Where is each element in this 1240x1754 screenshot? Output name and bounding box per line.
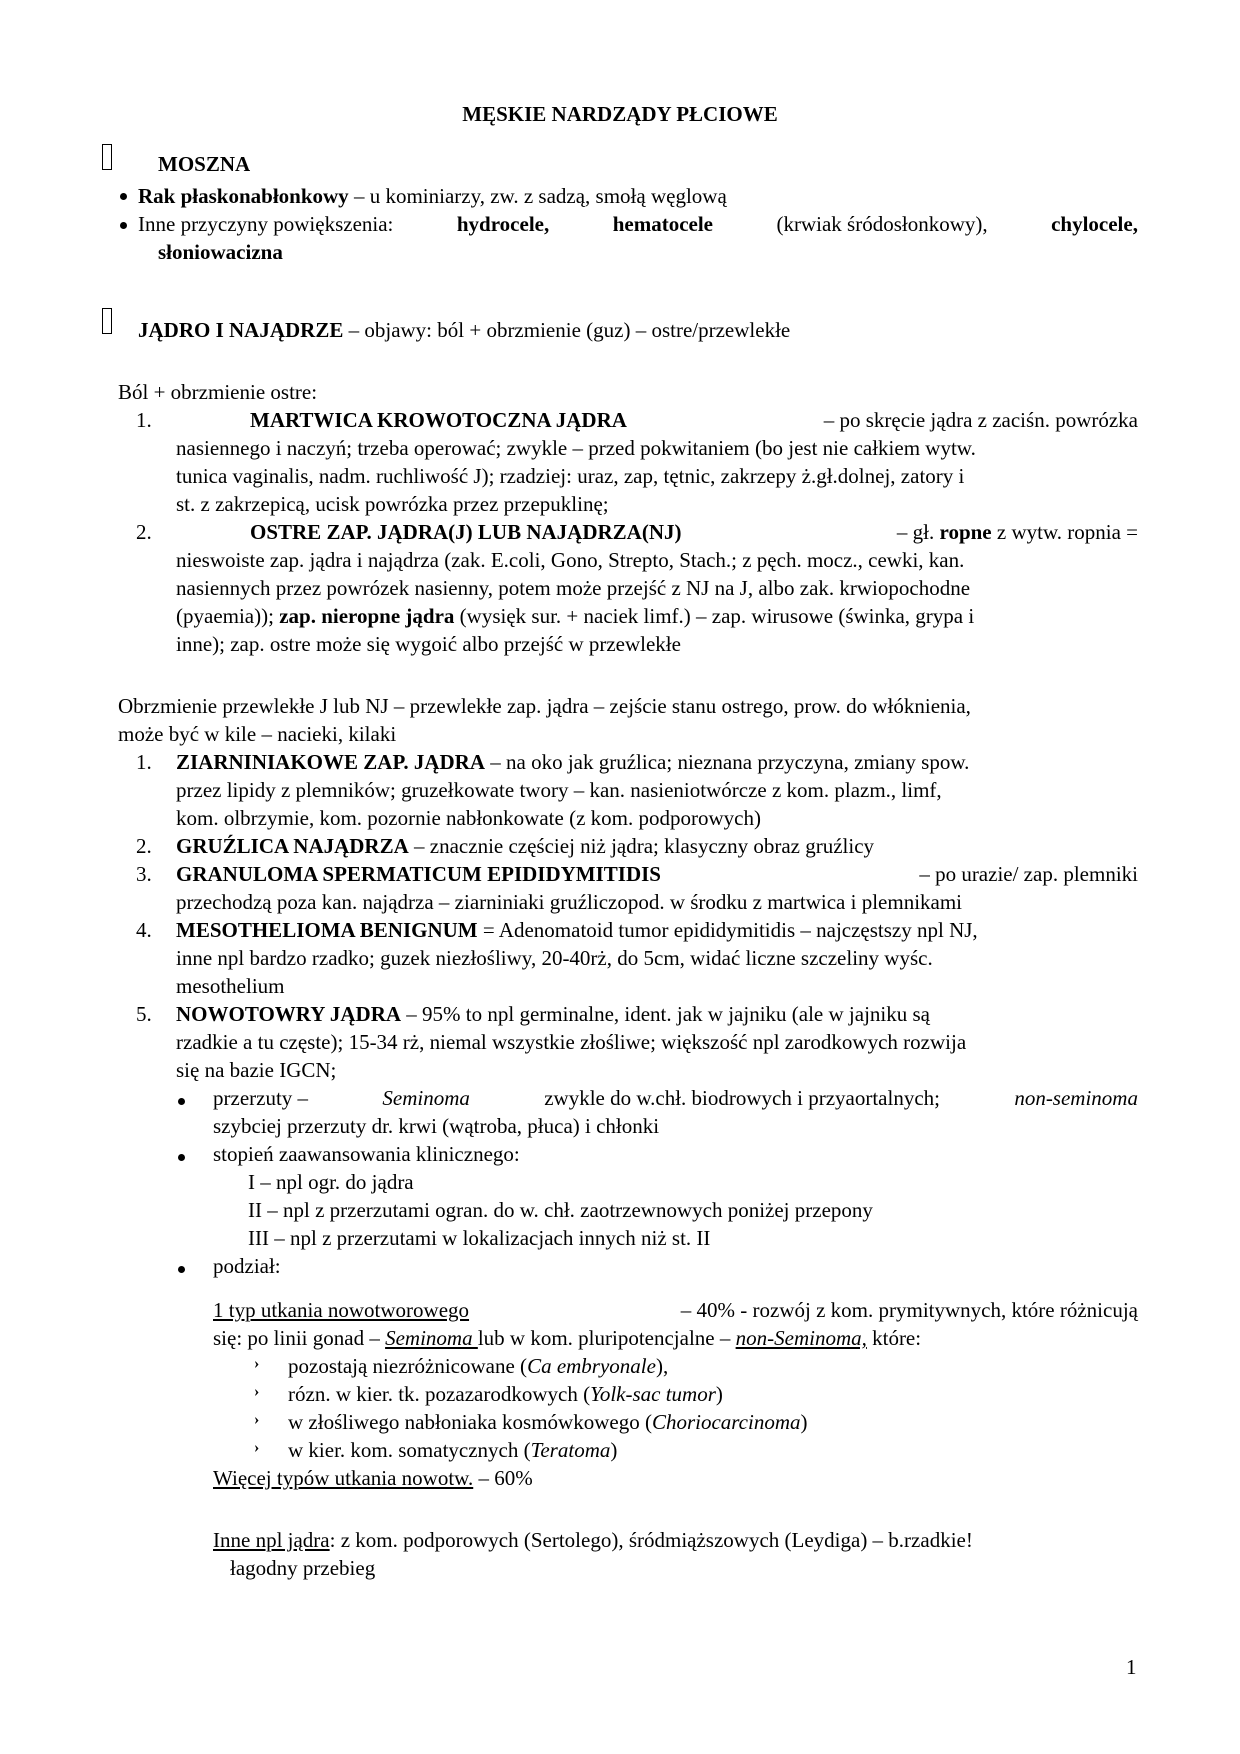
chronic-item-5-line-3: się na bazie IGCN; [176, 1056, 336, 1084]
other-npl-line-1: Inne npl jądra: z kom. podporowych (Sert… [213, 1526, 1138, 1554]
list-number: 2. [136, 518, 152, 546]
box-icon [102, 308, 112, 334]
chronic-item-4-line-2: inne npl bardzo rzadko; guzek niezłośliw… [176, 944, 933, 972]
chronic-item-1-line-1: ZIARNINIAKOWE ZAP. JĄDRA – na oko jak gr… [176, 748, 969, 776]
subitem-1: pozostają niezróżnicowane (Ca embryonale… [288, 1352, 668, 1380]
stage-2: II – npl z przerzutami ogran. do w. chł.… [248, 1196, 873, 1224]
acute-label: Ból + obrzmienie ostre: [118, 378, 317, 406]
moszna-bullet-2-cont: słoniowacizna [158, 238, 283, 266]
chronic-item-3-line-2: przechodzą poza kan. najądrza – ziarnini… [176, 888, 962, 916]
stopien-label: stopień zaawansowania klinicznego: [213, 1140, 520, 1168]
przerzuty-line-1: przerzuty – Seminoma zwykle do w.chł. bi… [213, 1084, 1138, 1112]
chronic-item-5-line-1: NOWOTOWRY JĄDRA – 95% to npl germinalne,… [176, 1000, 930, 1028]
acute-item-1-line-1: MARTWICA KROWOTOCZNA JĄDRA – po skręcie … [250, 406, 1138, 434]
acute-item-1-line-2: nasiennego i naczyń; trzeba operować; zw… [176, 434, 976, 462]
moszna-bullet-2: Inne przyczyny powiększenia: hydrocele, … [138, 210, 1138, 238]
acute-item-2-line-2: nieswoiste zap. jądra i najądrza (zak. E… [176, 546, 964, 574]
stage-3: III – npl z przerzutami w lokalizacjach … [248, 1224, 710, 1252]
acute-item-2-line-4: (pyaemia)); zap. nieropne jądra (wysięk … [176, 602, 974, 630]
subitem-2: rózn. w kier. tk. pozazarodkowych (Yolk-… [288, 1380, 723, 1408]
chronic-intro-line-2: może być w kile – nacieki, kilaki [118, 720, 396, 748]
subitem-4: w kier. kom. somatycznych (Teratoma) [288, 1436, 617, 1464]
podzial-line-1: 1 typ utkania nowotworowego – 40% - rozw… [213, 1296, 1138, 1324]
acute-item-1-line-3: tunica vaginalis, nadm. ruchliwość J); r… [176, 462, 964, 490]
document-title: MĘSKIE NARDZĄDY PŁCIOWE [0, 102, 1240, 127]
section-heading-jadro: JĄDRO I NAJĄDRZE – objawy: ból + obrzmie… [138, 316, 790, 344]
page-number: 1 [1126, 1655, 1137, 1680]
chronic-item-3-line-1: GRANULOMA SPERMATICUM EPIDIDYMITIDIS – p… [176, 860, 1138, 888]
document-page: MĘSKIE NARDZĄDY PŁCIOWE MOSZNA Rak płask… [0, 0, 1240, 1754]
subitem-3: w złośliwego nabłoniaka kosmówkowego (Ch… [288, 1408, 808, 1436]
list-number: 3. [136, 860, 152, 888]
list-number: 5. [136, 1000, 152, 1028]
chevron-right-icon: › [254, 1439, 259, 1457]
przerzuty-line-2: szybciej przerzuty dr. krwi (wątroba, pł… [213, 1112, 659, 1140]
chronic-item-1-line-3: kom. olbrzymie, kom. pozornie nabłonkowa… [176, 804, 761, 832]
list-number: 1. [136, 406, 152, 434]
other-npl-line-2: łagodny przebieg [230, 1554, 375, 1582]
stage-1: I – npl ogr. do jądra [248, 1168, 414, 1196]
acute-item-1-line-4: st. z zakrzepicą, ucisk powrózka przez p… [176, 490, 609, 518]
chronic-intro-line-1: Obrzmienie przewlekłe J lub NJ – przewle… [118, 692, 971, 720]
chronic-item-4-line-1: MESOTHELIOMA BENIGNUM = Adenomatoid tumo… [176, 916, 978, 944]
box-icon [102, 144, 112, 170]
bullet-icon [178, 1098, 185, 1105]
bullet-icon [120, 222, 127, 229]
acute-item-2-line-1: OSTRE ZAP. JĄDRA(J) LUB NAJĄDRZA(NJ) – g… [250, 518, 1138, 546]
more-types: Więcej typów utkania nowotw. – 60% [213, 1464, 533, 1492]
moszna-bullet-1: Rak płaskonabłonkowy – u kominiarzy, zw.… [138, 182, 727, 210]
chronic-item-1-line-2: przez lipidy z plemników; gruzełkowate t… [176, 776, 942, 804]
podzial-line-2: się: po linii gonad – Seminoma lub w kom… [213, 1324, 921, 1352]
acute-item-2-line-5: inne); zap. ostre może się wygoić albo p… [176, 630, 681, 658]
chronic-item-2-line-1: GRUŹLICA NAJĄDRZA – znacznie częściej ni… [176, 832, 874, 860]
chevron-right-icon: › [254, 1383, 259, 1401]
section-heading-moszna: MOSZNA [158, 150, 250, 178]
chevron-right-icon: › [254, 1411, 259, 1429]
bullet-icon [178, 1154, 185, 1161]
bullet-icon [178, 1266, 185, 1273]
bullet-icon [120, 193, 127, 200]
chevron-right-icon: › [254, 1355, 259, 1373]
list-number: 1. [136, 748, 152, 776]
chronic-item-4-line-3: mesothelium [176, 972, 285, 1000]
chronic-item-5-line-2: rzadkie a tu częste); 15-34 rż, niemal w… [176, 1028, 966, 1056]
acute-item-2-line-3: nasiennych przez powrózek nasienny, pote… [176, 574, 970, 602]
list-number: 4. [136, 916, 152, 944]
podzial-label: podział: [213, 1252, 281, 1280]
list-number: 2. [136, 832, 152, 860]
